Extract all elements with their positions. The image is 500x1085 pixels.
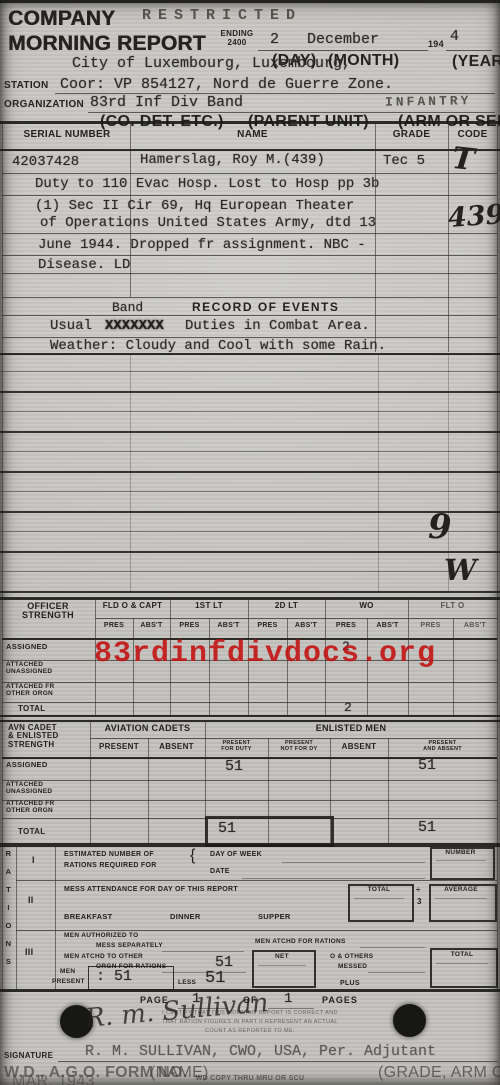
events-weather-line: Weather: Cloudy and Cool with some Rain. (50, 339, 386, 354)
grid-line (375, 121, 376, 352)
total-wo-present-value: 2 (344, 701, 352, 715)
total-present-and-absent-value: 51 (418, 820, 436, 836)
soldier-name-value: Hamerslag, Roy M.(439) (140, 153, 325, 168)
row-assigned: ASSIGNED (6, 643, 48, 651)
divide-sign: ÷ (416, 886, 421, 894)
col-wo: WO (325, 602, 408, 610)
col-present-and-absent: PRESENT AND ABSENT (388, 741, 497, 753)
men-atchd-for-rations-label: MEN ATCHD FOR RATIONS (255, 939, 346, 946)
grade-sublabel: (GRADE, ARM OR SERVICE) (378, 1065, 500, 1082)
organization-label: ORGANIZATION (4, 100, 84, 111)
location-typed: City of Luxembourg, Luxembourg, (72, 56, 351, 72)
fill-line (436, 963, 488, 964)
name-column-header: NAME (130, 130, 375, 141)
grid-line (2, 173, 497, 174)
grid-line (55, 845, 56, 990)
grid-line (448, 121, 449, 352)
events-line1-prefix: Usual (50, 319, 92, 334)
row-attached-fr-other: ATTACHED FR OTHER ORGN (6, 684, 55, 698)
assigned-present-for-duty-value: 51 (225, 759, 243, 775)
estimated-rations-line1: ESTIMATED NUMBER OF (64, 851, 154, 858)
aviation-cadets-group-header: AVIATION CADETS (90, 724, 205, 733)
col-enlisted-absent: ABSENT (330, 743, 388, 751)
fill-line (258, 965, 306, 966)
grade-column-header: GRADE (375, 130, 448, 141)
pages-label: PAGES (322, 996, 358, 1005)
men-present-value: : 51 (96, 969, 132, 985)
fill-line (162, 951, 244, 952)
col-present-for-duty: PRESENT FOR DUTY (205, 741, 268, 753)
number-box-label: NUMBER (430, 850, 491, 857)
restricted-stamp: RESTRICTED (142, 7, 302, 24)
col-flt-o: FLT O (408, 602, 497, 610)
men-present-label-line1: MEN (60, 969, 75, 976)
pres-sublabel: PRES (408, 622, 453, 629)
abst-sublabel: ABS'T (287, 622, 325, 629)
punch-hole-right (393, 1004, 426, 1037)
entry-line-duty: Duty to 110 Evac Hosp. Lost to Hosp pp 3… (35, 177, 379, 192)
events-line1-struck-word: XXXXXXX (105, 319, 164, 334)
abst-sublabel: ABS'T (209, 622, 248, 629)
fill-line (436, 860, 486, 861)
abst-sublabel: ABS'T (133, 622, 170, 629)
avn-enlisted-strength-label: AVN CADET & ENLISTED STRENGTH (8, 724, 59, 749)
fill-line (368, 972, 425, 973)
grid-line (0, 149, 500, 151)
fill-line (282, 862, 425, 863)
morning-report-scan: RESTRICTED COMPANY MORNING REPORT ENDING… (0, 0, 500, 1085)
grid-line (2, 233, 497, 234)
row-total: TOTAL (18, 705, 45, 713)
men-present-label-line2: PRESENT (52, 979, 85, 986)
mess-total-label: TOTAL (348, 887, 410, 894)
abst-sublabel: ABS'T (367, 622, 408, 629)
grid-line (2, 255, 497, 256)
grid-line (2, 682, 497, 683)
station-label: STATION (4, 81, 49, 92)
estimated-rations-line2: RATIONS REQUIRED FOR (64, 862, 157, 869)
less-value: 51 (205, 970, 225, 988)
organization-typed: 83rd Inf Div Band (90, 95, 243, 111)
blank-ruled-lines (0, 353, 500, 594)
pres-sublabel: PRES (248, 622, 287, 629)
fill-line (360, 947, 425, 948)
infantry-stamp: INFANTRY (385, 93, 472, 110)
signature-label: SIGNATURE (4, 1052, 53, 1060)
station-typed: Coor: VP 854127, Nord de Guerre Zone. (60, 77, 393, 93)
men-atchd-other-line1: MEN ATCHD TO OTHER (64, 954, 143, 961)
serial-number-column-header: SERIAL NUMBER (8, 130, 126, 141)
others-messed-line1: O & OTHERS (330, 954, 373, 961)
row-attached-unassigned: ATTACHED UNASSIGNED (6, 782, 52, 796)
grid-line (16, 880, 497, 881)
fill-line (354, 898, 404, 899)
year-typed-value: 4 (450, 29, 459, 45)
abst-sublabel: ABS'T (453, 622, 497, 629)
band-note-typed: Band (112, 301, 143, 315)
col-2d-lt: 2D LT (248, 602, 325, 610)
men-authorized-line1: MEN AUTHORIZED TO (64, 933, 138, 940)
dinner-label: DINNER (170, 913, 201, 921)
grid-line (130, 353, 131, 592)
section-ii-numeral: II (28, 896, 34, 905)
form-title-line1: COMPANY (8, 8, 115, 30)
others-messed-line2: MESSED (338, 964, 367, 971)
handwritten-tally-9: 9 (428, 510, 452, 544)
grid-line (0, 715, 500, 717)
net-box-label: NET (252, 954, 312, 961)
grid-line (16, 930, 497, 931)
pres-sublabel: PRES (95, 622, 133, 629)
officer-strength-label: OFFICER STRENGTH (6, 602, 90, 621)
rations-total-label: TOTAL (430, 952, 494, 959)
men-authorized-line2: MESS SEPARATELY (96, 943, 163, 950)
col-present-not-for-duty: PRESENT NOT FOR DY (268, 741, 330, 753)
fill-line (162, 972, 246, 973)
form-title-line2: MORNING REPORT (8, 33, 206, 55)
day-of-week-label: DAY OF WEEK (210, 851, 262, 858)
row-attached-unassigned: ATTACHED UNASSIGNED (6, 662, 52, 676)
mess-attendance-title: MESS ATTENDANCE FOR DAY OF THIS REPORT (64, 886, 238, 893)
entry-line-authority: (1) Sec II Cir 69, Hq European Theater (35, 199, 354, 214)
col-cadets-absent: ABSENT (148, 743, 205, 751)
col-fldo-capt: FLD O & CAPT (95, 602, 170, 610)
signature-fill-line (58, 1061, 498, 1062)
section-iii-numeral: III (25, 948, 33, 957)
fill-line (435, 898, 487, 899)
grid-line (2, 297, 497, 298)
copy-routing-note: WD COPY THRU MRU OR SCU (150, 1075, 350, 1082)
record-of-events-title: RECORD OF EVENTS (192, 301, 339, 314)
grid-line (2, 780, 497, 781)
year-sublabel: (YEAR) (452, 54, 500, 71)
signature-typed-name: R. M. SULLIVAN, CWO, USA, Per. Adjutant (85, 1044, 436, 1060)
plus-label: PLUS (340, 980, 360, 987)
brace-glyph: { (190, 848, 196, 865)
entry-line-operations: of Operations United States Army, dtd 13 (40, 216, 376, 231)
assigned-present-and-absent-value: 51 (418, 758, 436, 774)
breakfast-label: BREAKFAST (64, 913, 113, 921)
date-label: DATE (210, 868, 230, 875)
grid-line (2, 315, 497, 316)
website-watermark: 83rdinfdivdocs.org (94, 637, 436, 671)
date-month-value: December (307, 32, 379, 48)
year-fill-line (446, 50, 492, 51)
grid-line (0, 597, 500, 600)
handwritten-tally-w: W (444, 556, 477, 585)
grid-line (148, 738, 149, 843)
total-present-for-duty-value: 51 (218, 821, 236, 837)
entry-line-dropped: June 1944. Dropped fr assignment. NBC - (38, 238, 366, 253)
row-attached-fr-other: ATTACHED FR OTHER ORGN (6, 801, 55, 815)
date-fill-line (258, 50, 428, 51)
col-1st-lt: 1ST LT (170, 602, 248, 610)
serial-number-value: 42037428 (12, 155, 79, 170)
mess-average-label: AVERAGE (429, 887, 493, 894)
code-column-header: CODE (448, 130, 497, 141)
fill-line (242, 878, 425, 879)
events-line1-suffix: Duties in Combat Area. (185, 319, 370, 334)
rations-vertical-label: RATIONS (4, 849, 12, 975)
certify-line3: COUNT AS REPORTED TO ME: (120, 1029, 380, 1035)
pres-sublabel: PRES (325, 622, 367, 629)
grid-line (90, 720, 91, 843)
ending-time: 2400 (216, 39, 258, 47)
grid-line (0, 720, 500, 722)
year-printed: 194 (428, 40, 444, 49)
date-day-value: 2 (270, 32, 279, 48)
grid-line (16, 845, 17, 990)
grade-value: Tec 5 (383, 154, 425, 169)
less-label: LESS (178, 980, 196, 987)
divisor-value: 3 (417, 898, 422, 906)
grid-line (0, 121, 500, 124)
grid-line (2, 800, 497, 801)
enlisted-men-group-header: ENLISTED MEN (205, 724, 497, 733)
handwritten-code-439: 439 (447, 201, 500, 232)
supper-label: SUPPER (258, 913, 291, 921)
pres-sublabel: PRES (170, 622, 209, 629)
form-date-label: MAR. 1943 (12, 1074, 95, 1085)
handwritten-code-t: T (450, 144, 475, 176)
row-assigned: ASSIGNED (6, 761, 48, 769)
grid-line (90, 738, 497, 739)
row-total: TOTAL (18, 828, 45, 836)
grid-line (2, 195, 497, 196)
grid-line (2, 702, 497, 703)
scan-edge-top (0, 0, 500, 3)
grid-line (388, 738, 389, 843)
grid-line (378, 353, 379, 592)
entry-line-disease: Disease. LD (38, 258, 130, 273)
pages-total-value: 1 (284, 992, 292, 1007)
fill-line (268, 1008, 314, 1009)
section-i-numeral: I (32, 856, 35, 865)
grid-line (453, 618, 454, 715)
col-cadets-present: PRESENT (90, 743, 148, 751)
grid-line (95, 618, 497, 619)
grid-line (0, 845, 500, 847)
grid-line (2, 273, 497, 274)
